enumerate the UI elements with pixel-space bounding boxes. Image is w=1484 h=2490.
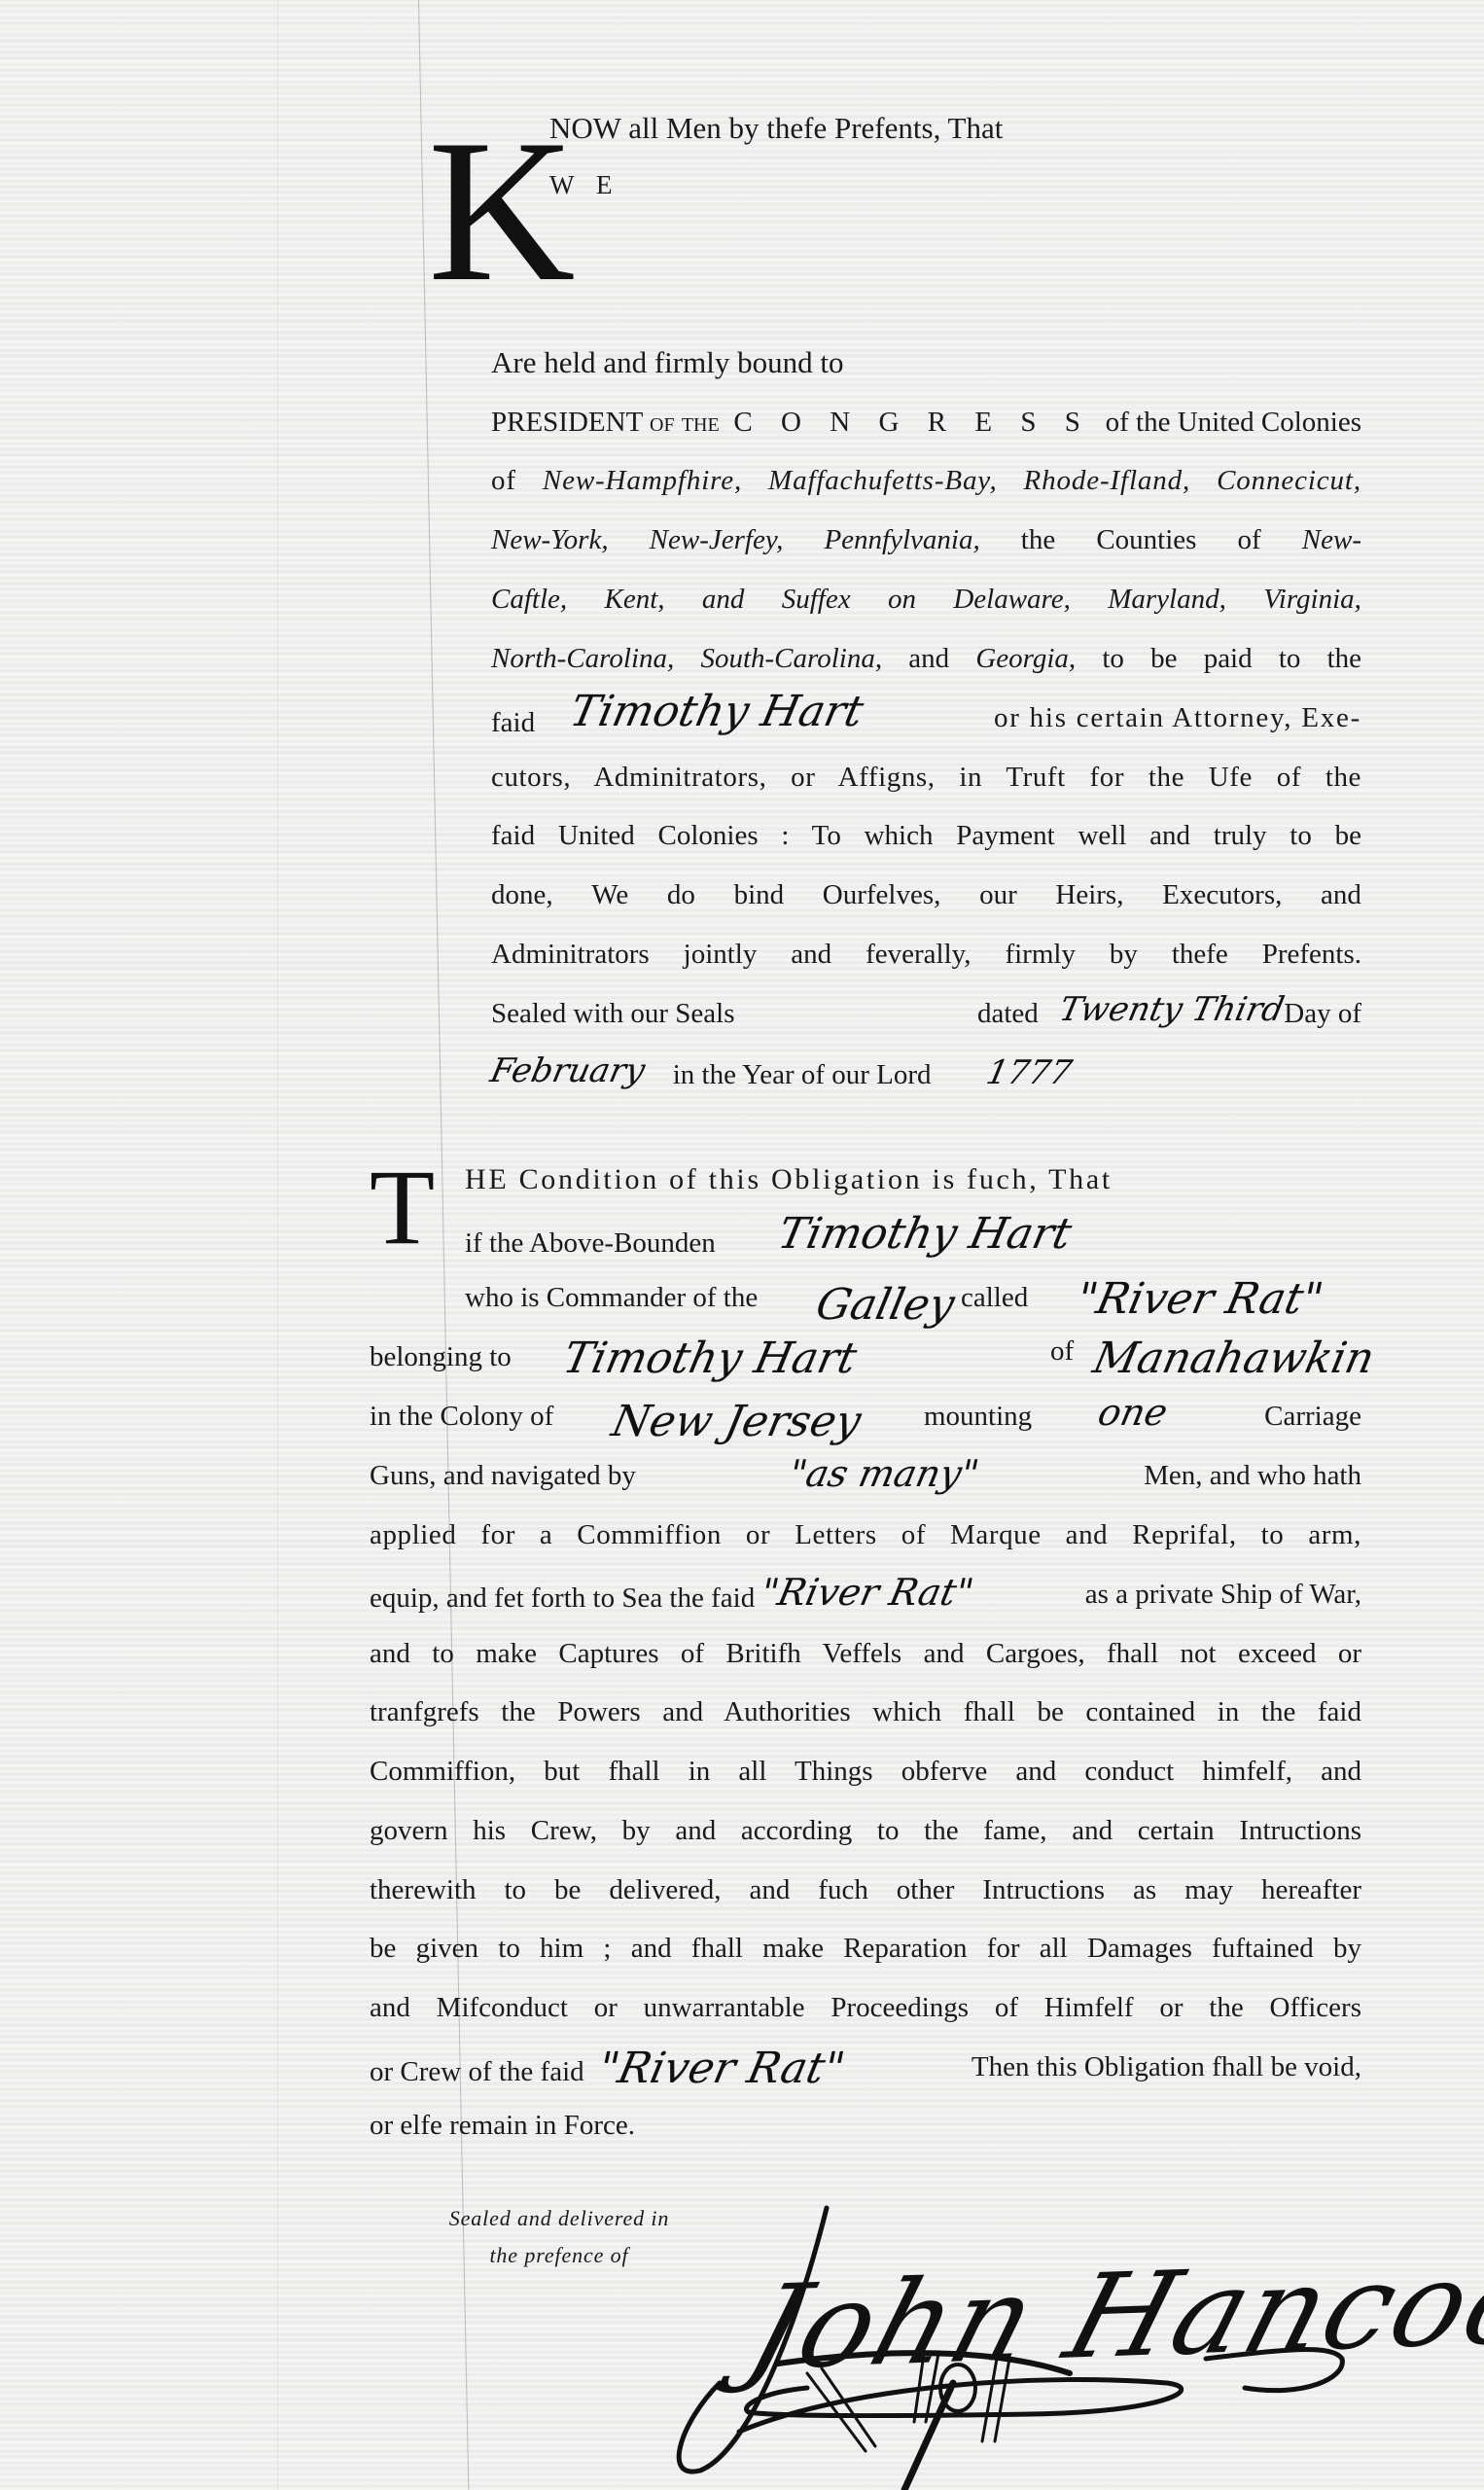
president-label: PRESIDENT of the xyxy=(491,405,720,440)
body-line-4: Adminitrators jointly and feverally, fir… xyxy=(491,937,1361,972)
body2-line-7: therewith to be delivered, and fuch othe… xyxy=(370,1872,1361,1907)
handwritten-men-count: "as many" xyxy=(786,1456,981,1491)
commander-line: who is Commander of the Galley called "R… xyxy=(465,1280,1361,1315)
colonies-line-1: of New-Hampfhire, Maffachufetts-Bay, Rho… xyxy=(491,463,1361,498)
colonies-line-2: New-York, New-Jerfey, Pennfylvania, the … xyxy=(491,522,1361,557)
body2-line-6: govern his Crew, by and according to the… xyxy=(370,1813,1361,1848)
congress-label: C O N G R E S S xyxy=(733,405,1091,440)
sealed-dated-line: Sealed with our Seals dated Twenty Third… xyxy=(491,996,1361,1031)
united-colonies-label: of the United Colonies xyxy=(1106,405,1361,440)
handwritten-vessel-type: Galley xyxy=(813,1288,957,1323)
body-line-2: faid United Colonies : To which Payment … xyxy=(491,818,1361,853)
colonies-line-3: Caftle, Kent, and Suffex on Delaware, Ma… xyxy=(491,582,1361,617)
handwritten-bounden: Timothy Hart xyxy=(775,1217,1074,1252)
body-line-1: cutors, Adminitrators, or Affigns, in Tr… xyxy=(491,760,1361,795)
month-year-line: February in the Year of our Lord 1777 xyxy=(491,1055,1361,1092)
handwritten-payee: Timothy Hart xyxy=(568,694,866,729)
body2-line-11: or elfe remain in Force. xyxy=(370,2108,635,2143)
opening-line: NOW all Men by thefe Prefents, That xyxy=(549,111,1003,146)
owner-line: belonging to Timothy Hart of Manahawkin xyxy=(370,1339,1361,1374)
colonies-line-4: North-Carolina, South-Carolina, and Geor… xyxy=(491,641,1361,676)
handwritten-month: February xyxy=(487,1053,648,1088)
sealed-delivered-note: Sealed and delivered in the prefence of xyxy=(428,2200,690,2274)
body2-line-4: tranfgrefs the Powers and Authorities wh… xyxy=(370,1694,1361,1729)
body2-line-1: applied for a Commiffion or Letters of M… xyxy=(370,1517,1361,1552)
bounden-line: if the Above-Bounden Timothy Hart xyxy=(465,1221,1071,1261)
drop-cap-t: T xyxy=(370,1154,435,1261)
body2-line-2: equip, and fet forth to Sea the faid "Ri… xyxy=(370,1577,1361,1616)
body2-line-10: or Crew of the faid "River Rat" Then thi… xyxy=(370,2049,1361,2089)
handwritten-town: Manahawkin xyxy=(1090,1341,1377,1376)
handwritten-guns-count: one xyxy=(1095,1395,1170,1430)
handwritten-colony: New Jersey xyxy=(609,1405,864,1440)
handwritten-vessel-name: "River Rat" xyxy=(1074,1282,1325,1317)
body2-line-3: and to make Captures of Britifh Veffels … xyxy=(370,1636,1361,1671)
bond-document: K NOW all Men by thefe Prefents, That W … xyxy=(0,0,1484,2490)
handwritten-year: 1777 xyxy=(983,1055,1075,1090)
bound-line: Are held and firmly bound to xyxy=(491,345,843,380)
navigated-line: Guns, and navigated by "as many" Men, an… xyxy=(370,1458,1361,1493)
handwritten-vessel-name-3: "River Rat" xyxy=(595,2051,847,2086)
handwritten-day: Twenty Third xyxy=(1056,992,1287,1027)
body2-line-9: and Mifconduct or unwarrantable Proceedi… xyxy=(370,1990,1361,2025)
body2-line-5: Commiffion, but fhall in all Things obfe… xyxy=(370,1754,1361,1789)
we-label: W E xyxy=(549,167,620,202)
body-line-3: done, We do bind Ourfelves, our Heirs, E… xyxy=(491,877,1361,912)
president-line: PRESIDENT of the C O N G R E S S of the … xyxy=(491,405,1361,440)
payee-line: faid Timothy Hart or his certain Attorne… xyxy=(491,700,1361,740)
john-hancock-signature: John Hancock xyxy=(661,2188,1381,2490)
body2-line-8: be given to him ; and fhall make Reparat… xyxy=(370,1931,1361,1966)
colony-line: in the Colony of New Jersey mounting one… xyxy=(370,1399,1361,1434)
condition-heading: HE Condition of this Obligation is fuch,… xyxy=(465,1162,1361,1197)
handwritten-vessel-name-2: "River Rat" xyxy=(759,1575,977,1610)
handwritten-owner: Timothy Hart xyxy=(560,1341,859,1376)
